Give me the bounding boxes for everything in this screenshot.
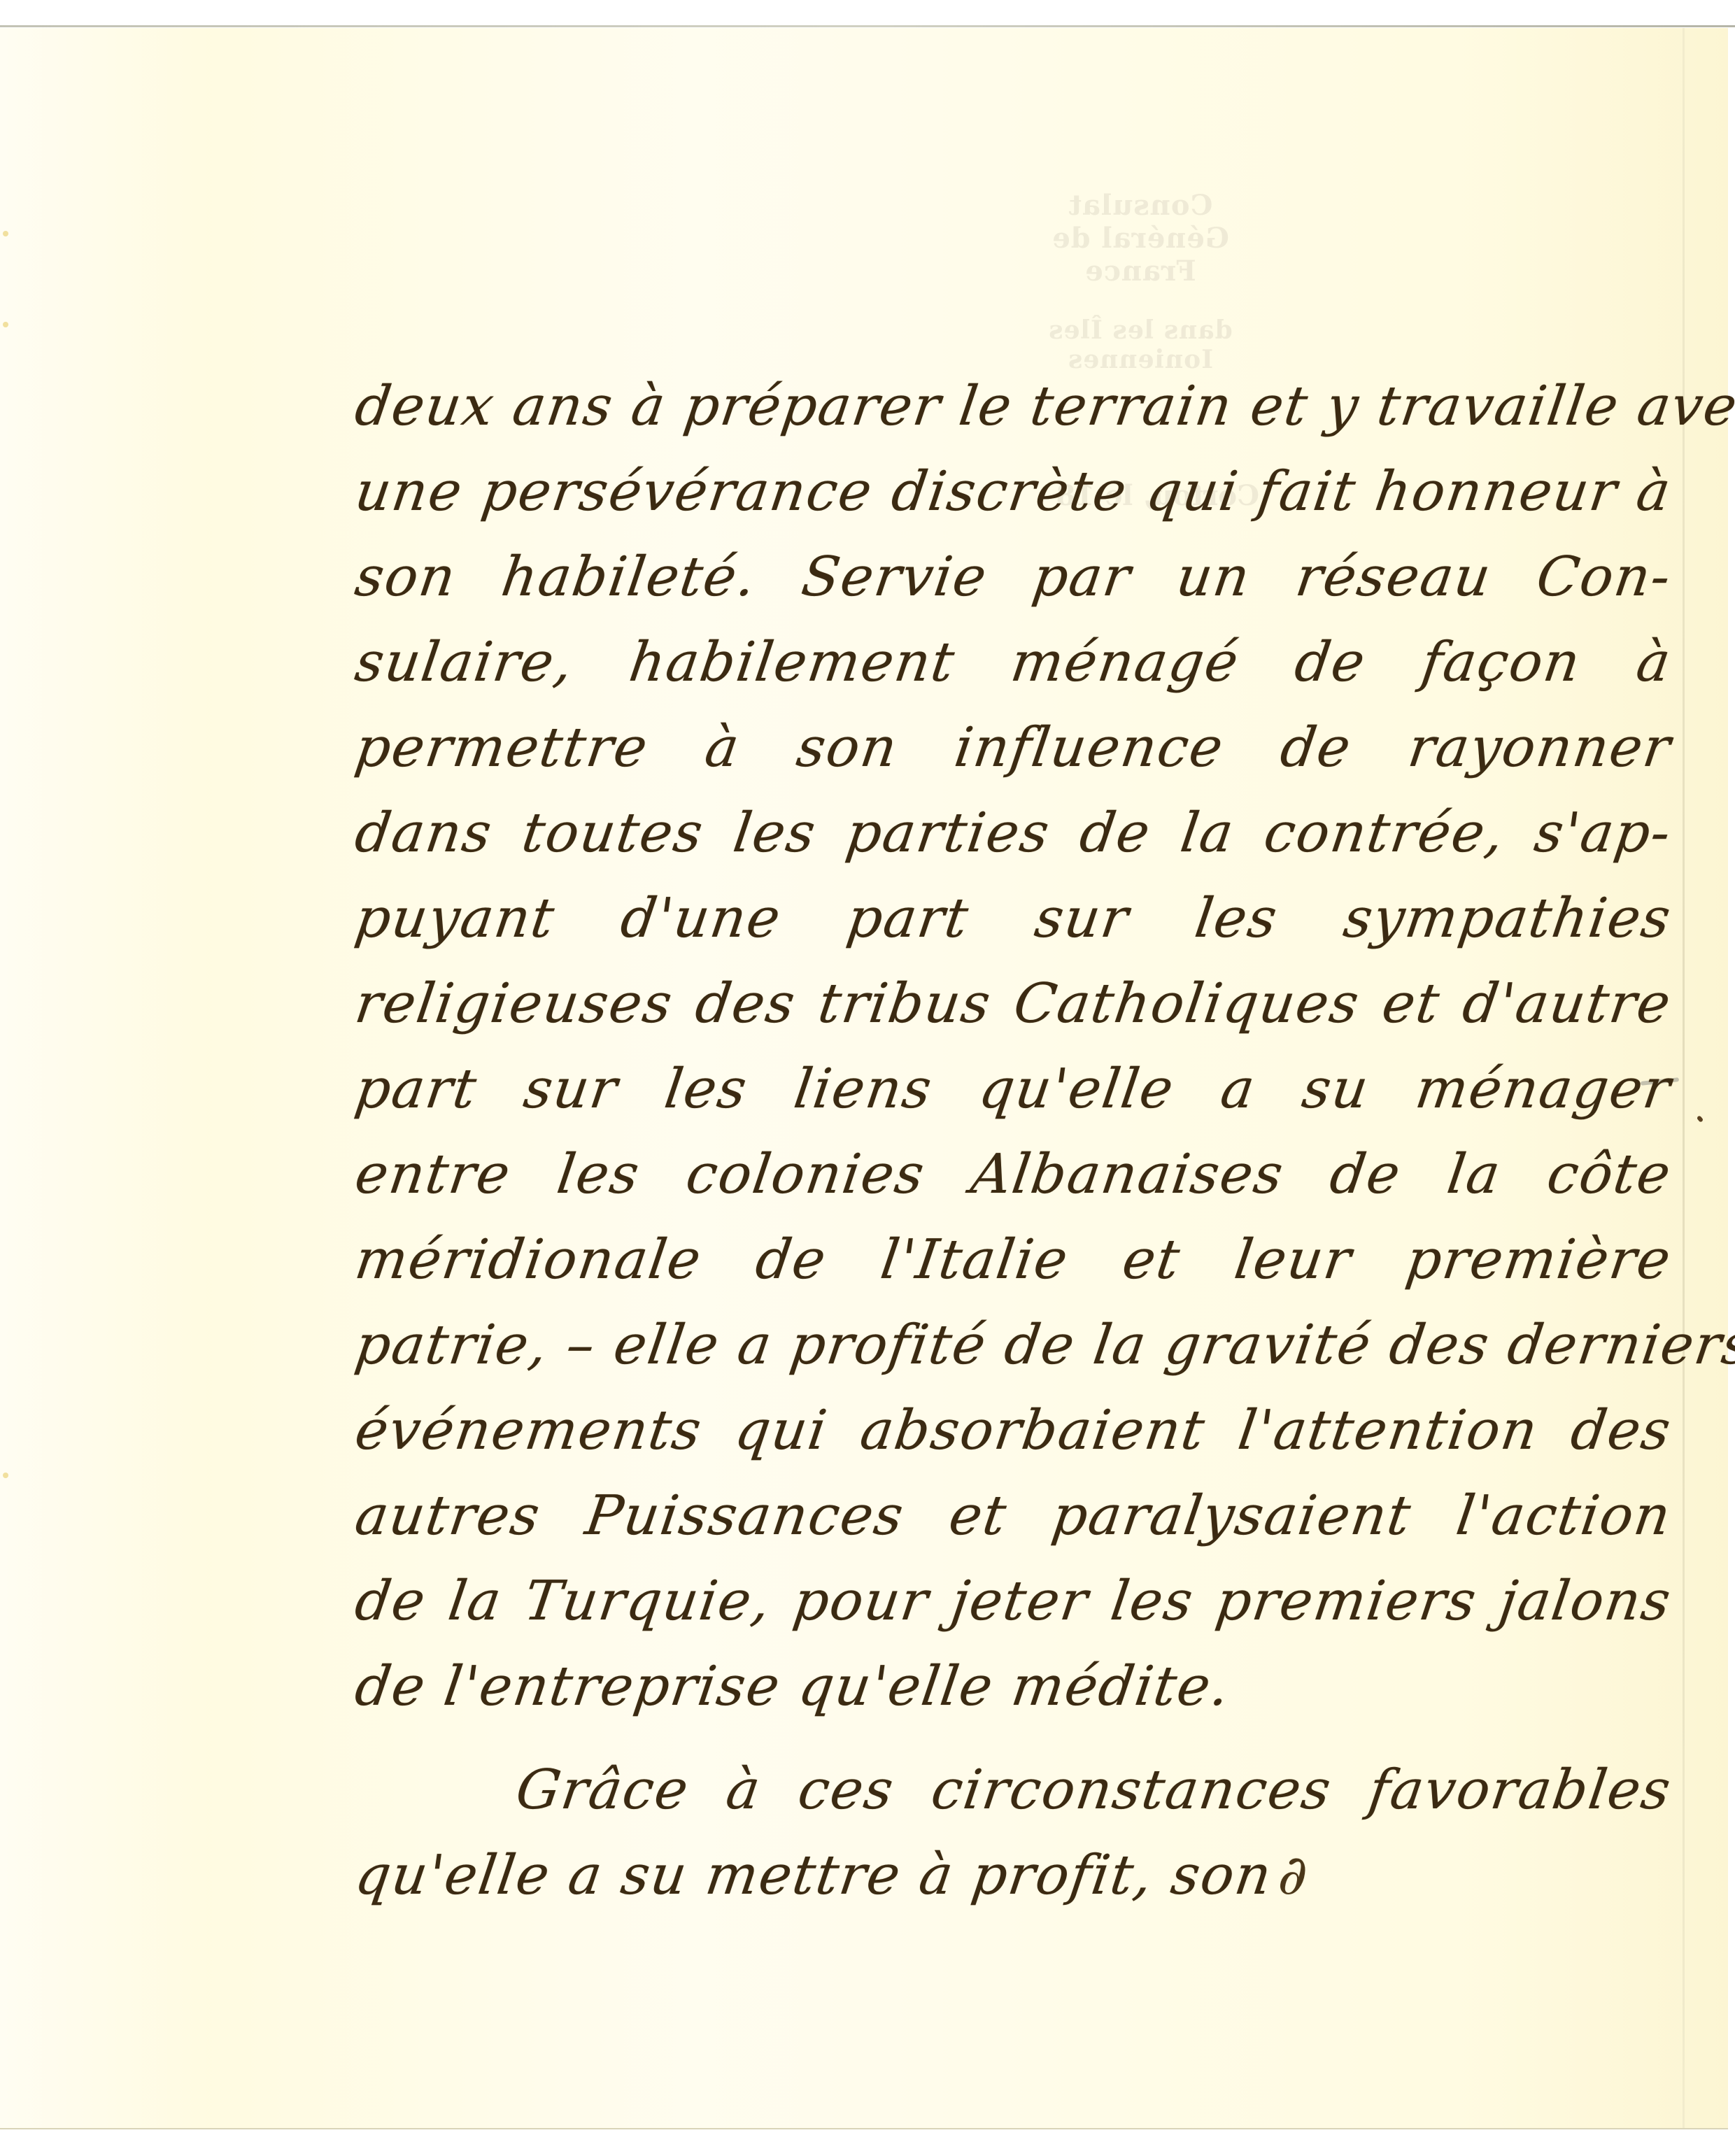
- text-line: entre les colonies Albanaises de la côte: [350, 1132, 1677, 1217]
- paper-fold-line: [1683, 28, 1685, 2128]
- text-line-paragraph-end: de l'entreprise qu'elle médite.: [350, 1644, 1677, 1729]
- text-line-paragraph-start: Grâce à ces circonstances favorables: [350, 1747, 1677, 1833]
- text-line: puyant d'une part sur les sympathies: [350, 876, 1677, 961]
- text-line: permettre à son influence de rayonner: [350, 705, 1677, 790]
- text-line: de la Turquie, pour jeter les premiers j…: [350, 1559, 1677, 1644]
- catchword-flourish-icon: ∂: [1273, 1833, 1314, 1918]
- text-line-last-text: qu'elle a su mettre à profit, son: [351, 1844, 1276, 1907]
- text-line: deux ans à préparer le terrain et y trav…: [350, 364, 1677, 449]
- manuscript-text: deux ans à préparer le terrain et y trav…: [350, 364, 1665, 1918]
- scan-edge-line: [0, 25, 1735, 27]
- text-line-last: qu'elle a su mettre à profit, son∂: [350, 1833, 1677, 1918]
- text-line: patrie, – elle a profité de la gravité d…: [350, 1303, 1677, 1388]
- text-line: une persévérance discrète qui fait honne…: [350, 449, 1677, 534]
- text-line: sulaire, habilement ménagé de façon à: [350, 620, 1677, 705]
- text-line: autres Puissances et paralysaient l'acti…: [350, 1473, 1677, 1559]
- showthrough-line-1: Consulat Général de France: [1007, 189, 1273, 288]
- text-line: religieuses des tribus Catholiques et d'…: [350, 961, 1677, 1047]
- text-line: son habileté. Servie par un réseau Con-: [350, 534, 1677, 620]
- text-line: événements qui absorbaient l'attention d…: [350, 1388, 1677, 1473]
- paper-stain: [3, 1473, 8, 1478]
- text-line: part sur les liens qu'elle a su ménager: [350, 1047, 1677, 1132]
- paper-stain: [3, 322, 8, 327]
- text-line: dans toutes les parties de la contrée, s…: [350, 790, 1677, 876]
- text-line: méridionale de l'Italie et leur première: [350, 1217, 1677, 1303]
- paper-stain: [3, 231, 8, 236]
